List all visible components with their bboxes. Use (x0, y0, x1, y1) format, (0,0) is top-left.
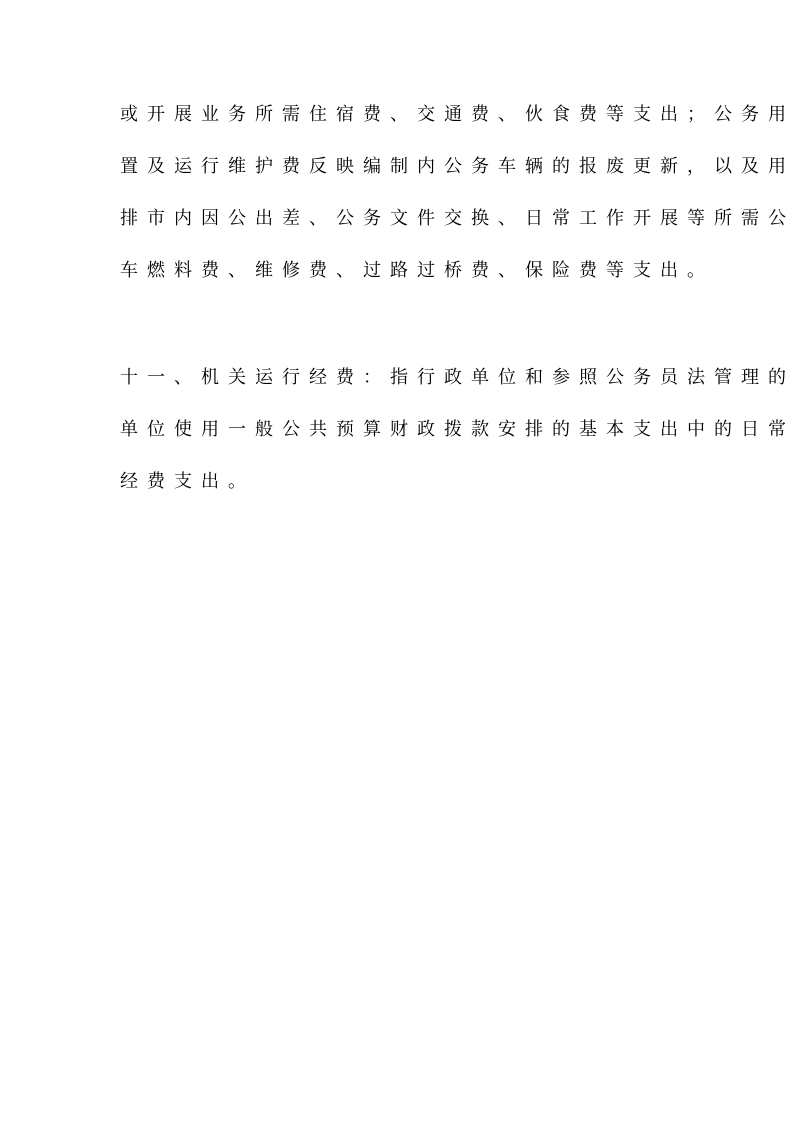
text-line: 排市内因公出差、公务文件交换、日常工作开展等所需公务用 (120, 207, 680, 231)
text-line: 或开展业务所需住宿费、交通费、伙食费等支出；公务用车购 (120, 103, 680, 127)
text-line: 单位使用一般公共预算财政拨款安排的基本支出中的日常公用 (120, 418, 680, 442)
text-line: 经费支出。 (120, 470, 680, 494)
text-line: 车燃料费、维修费、过路过桥费、保险费等支出。 (120, 259, 680, 283)
text-line: 十一、机关运行经费：指行政单位和参照公务员法管理的事业 (120, 366, 680, 390)
document-page: 或开展业务所需住宿费、交通费、伙食费等支出；公务用车购 置及运行维护费反映编制内… (0, 0, 793, 1122)
text-line: 置及运行维护费反映编制内公务车辆的报废更新，以及用于安 (120, 155, 680, 179)
